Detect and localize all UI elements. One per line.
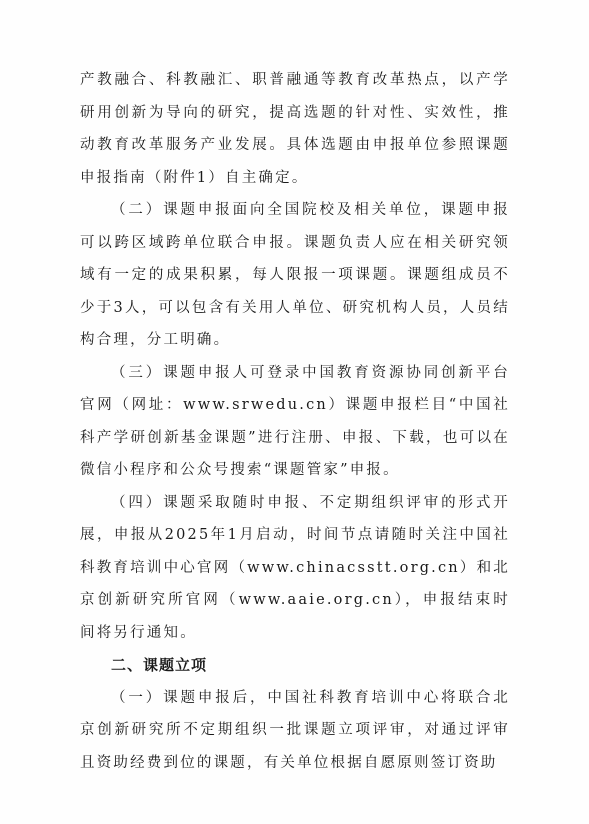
document-body: 产教融合、科教融汇、职普融通等教育改革热点，以产学研用创新为导向的研究，提高选题…	[80, 64, 510, 779]
section-heading: 二、课题立项	[80, 649, 510, 682]
paragraph-item-4: （四）课题采取随时申报、不定期组织评审的形式开展，申报从2025年1月启动，时间…	[80, 487, 510, 650]
document-page: 产教融合、科教融汇、职普融通等教育改革热点，以产学研用创新为导向的研究，提高选题…	[0, 0, 589, 824]
paragraph-item-2: （二）课题申报面向全国院校及相关单位，课题申报可以跨区域跨单位联合申报。课题负责…	[80, 194, 510, 357]
paragraph-continuation: 产教融合、科教融汇、职普融通等教育改革热点，以产学研用创新为导向的研究，提高选题…	[80, 64, 510, 194]
paragraph-project-approval-1: （一）课题申报后，中国社科教育培训中心将联合北京创新研究所不定期组织一批课题立项…	[80, 682, 510, 780]
paragraph-item-3: （三）课题申报人可登录中国教育资源协同创新平台官网（网址：www.srwedu.…	[80, 357, 510, 487]
